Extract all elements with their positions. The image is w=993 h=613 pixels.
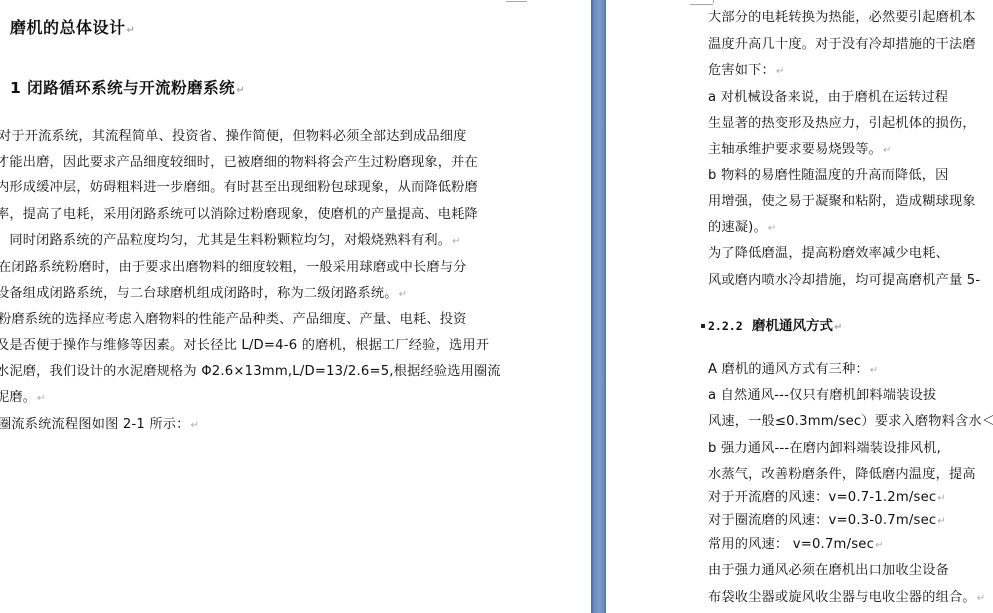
paragraph-line: 水泥磨，我们设计的水泥磨规格为 Φ2.6×13mm,L/D=13/2.6=5,根… — [0, 364, 501, 380]
document-title: 磨机的总体设计↵ — [10, 15, 135, 38]
paragraph-line: 常用的风速： v=0.7m/sec↵ — [708, 537, 884, 554]
paragraph-line: 及是否便于操作与维修等因素。对长径比 L/D=4-6 的磨机，根据工厂经验，选用… — [0, 338, 489, 354]
paragraph-line: 由于强力通风必须在磨机出口加收尘设备 — [708, 563, 949, 579]
paragraph-line: 风速，一般≤0.3mm/sec）要求入磨物料含水＜ — [708, 414, 993, 430]
paragraph-line: 风或磨内喷水冷却措施，均可提高磨机产量 5- — [708, 273, 980, 289]
paragraph-line: 内形成缓冲层，妨碍粗料进一步磨细。有时甚至出现细粉包球现象，从而降低粉磨 — [0, 180, 478, 196]
paragraph-line: 用增强，使之易于凝聚和粘附，造成糊球现象 — [708, 194, 976, 210]
paragraph-line: ，同时闭路系统的产品粒度均匀，尤其是生料粉颗粒均匀，对煅烧熟料有利。↵ — [0, 233, 461, 250]
document-page-left: 磨机的总体设计↵ 1 闭路循环系统与开流粉磨系统↵ 对于开流系统，其流程简单、投… — [0, 0, 591, 613]
paragraph-line: 温度升高几十度。对于没有冷却措施的干法磨 — [708, 37, 976, 53]
section-heading: 1 闭路循环系统与开流粉磨系统↵ — [10, 76, 245, 98]
paragraph-line: 泥磨。↵ — [0, 390, 46, 407]
paragraph-line: 危害如下：↵ — [708, 63, 785, 80]
paragraph-line: 对于开流系统，其流程简单、投资省、操作简便，但物料必须全部达到成品细度 — [0, 129, 467, 145]
paragraph-line: 率，提高了电耗，采用闭路系统可以消除过粉磨现象，使磨机的产量提高、电耗降 — [0, 207, 478, 223]
paragraph-line: 圈流系统流程图如图 2-1 所示：↵ — [0, 417, 199, 434]
paragraph-line: 布袋收尘器或旋风收尘器与电收尘器的组合。↵ — [708, 590, 985, 607]
paragraph-line: 才能出磨，因此要求产品细度较细时，已被磨细的物料将会产生过粉磨现象，并在 — [0, 155, 478, 171]
paragraph-line: b 物料的易磨性随温度的升高而降低，因 — [708, 168, 949, 184]
paragraph-line: 大部分的电耗转换为热能，必然要引起磨机本 — [708, 10, 976, 26]
paragraph-line: 为了降低磨温，提高粉磨效率减少电耗、 — [708, 246, 949, 262]
page-corner-mark — [713, 0, 715, 3]
paragraph-line: A 磨机的通风方式有三种：↵ — [708, 362, 878, 379]
subsection-heading: 2.2.2 磨机通风方式↵ — [701, 314, 842, 334]
paragraph-line: 生显著的热变形及热应力，引起机体的损伤， — [708, 116, 976, 132]
page-corner-mark — [506, 0, 527, 2]
paragraph-line: 在闭路系统粉磨时，由于要求出磨物料的细度较粗，一般采用球磨或中长磨与分 — [0, 260, 467, 276]
list-bullet-icon — [701, 324, 705, 328]
paragraph-line: 设备组成闭路系统，与二台球磨机组成闭路时，称为二级闭路系统。↵ — [0, 286, 407, 303]
paragraph-line: b 强力通风---在磨内卸料端装设排风机, — [708, 441, 941, 457]
paragraph-line: 对于开流磨的风速：v=0.7-1.2m/sec↵ — [708, 490, 946, 507]
paragraph-line: 对于圈流磨的风速：v=0.3-0.7m/sec↵ — [708, 513, 946, 530]
paragraph-line: a 对机械设备来说，由于磨机在运转过程 — [708, 90, 948, 106]
paragraph-line: 水蒸气，改善粉磨条件，降低磨内温度，提高 — [708, 467, 976, 483]
paragraph-line: 主轴承维护要求要易烧毁等。↵ — [708, 142, 892, 159]
paragraph-line: 粉磨系统的选择应考虑入磨物料的性能产品种类、产品细度、产量、电耗、投资 — [0, 312, 467, 328]
paragraph-line: 的速凝)。↵ — [708, 220, 777, 237]
paragraph-line: a 自然通风---仅只有磨机卸料端装设拔 — [708, 388, 936, 404]
page-corner-mark — [690, 3, 713, 5]
page-separator — [591, 0, 606, 613]
